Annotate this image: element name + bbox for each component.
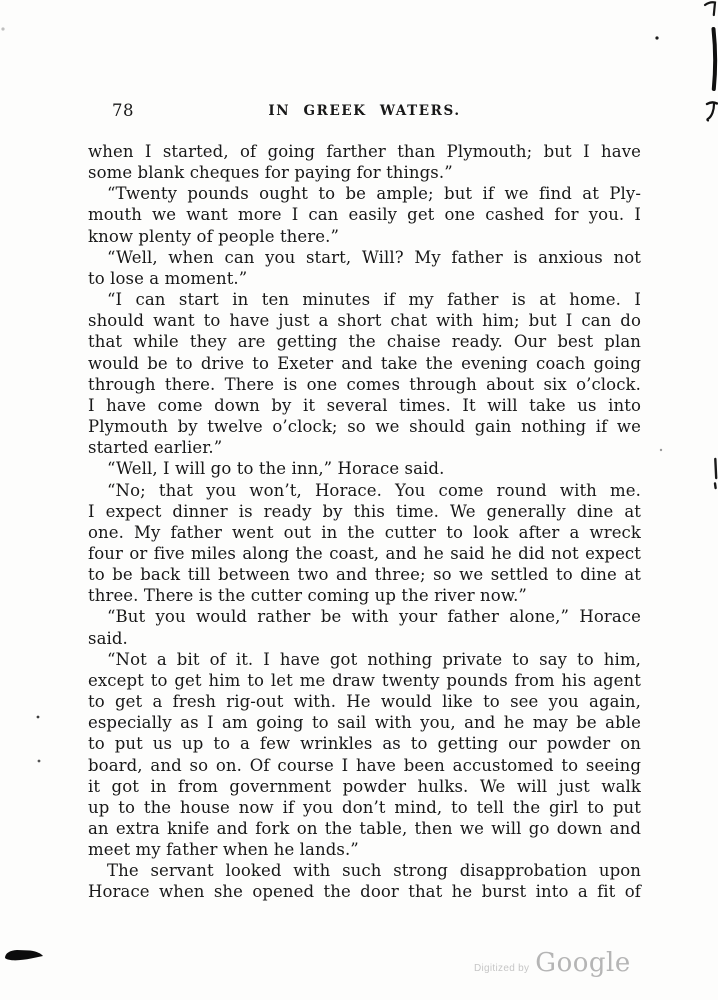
text-line: four or five miles along the coast, and … <box>88 543 641 564</box>
text-line: The servant looked with such strong disa… <box>88 860 641 881</box>
text-line: an extra knife and fork on the table, th… <box>88 818 641 839</box>
text-line: “Well, when can you start, Will? My fath… <box>88 247 641 268</box>
paragraph: “No; that you won’t, Horace. You come ro… <box>88 480 641 607</box>
text-line: should want to have just a short chat wi… <box>88 310 641 331</box>
digitized-watermark: Digitized by Google <box>474 948 631 978</box>
paragraph: “Well, when can you start, Will? My fath… <box>88 247 641 289</box>
text-line: “Twenty pounds ought to be ample; but if… <box>88 183 641 204</box>
text-line: when I started, of going farther than Pl… <box>88 141 641 162</box>
text-line: especially as I am going to sail with yo… <box>88 712 641 733</box>
text-line: to lose a moment.” <box>88 268 641 289</box>
ink-mark-squiggle-top <box>707 102 717 104</box>
text-line: know plenty of people there.” <box>88 226 641 247</box>
digitized-by-label: Digitized by <box>474 963 529 974</box>
ink-mark-right-margin-dash <box>715 459 716 478</box>
text-line: to put us up to a few wrinkles as to get… <box>88 733 641 754</box>
ink-mark-right-margin-dot <box>715 484 716 489</box>
text-line: some blank cheques for paying for things… <box>88 162 641 183</box>
text-line: through there. There is one comes throug… <box>88 374 641 395</box>
paragraph: “Twenty pounds ought to be ample; but if… <box>88 183 641 246</box>
text-line: board, and so on. Of course I have been … <box>88 755 641 776</box>
paragraph: The servant looked with such strong disa… <box>88 860 641 902</box>
text-line: it got in from government powder hulks. … <box>88 776 641 797</box>
page-text: when I started, of going farther than Pl… <box>88 141 641 903</box>
text-line: said. <box>88 628 641 649</box>
ink-mark-squiggle-tail <box>707 104 714 121</box>
ink-mark-vertical-stroke <box>714 29 716 89</box>
text-line: Horace when she opened the door that he … <box>88 881 641 902</box>
speck-top-left <box>1 27 4 30</box>
text-line: meet my father when he lands.” <box>88 839 641 860</box>
paragraph: “I can start in ten minutes if my father… <box>88 289 641 458</box>
text-line: started earlier.” <box>88 437 641 458</box>
page-header: 78 IN GREEK WATERS. <box>88 101 641 123</box>
paragraph: “Well, I will go to the inn,” Horace sai… <box>88 458 641 479</box>
speck-right-middle <box>660 449 662 451</box>
text-line: “But you would rather be with your fathe… <box>88 606 641 627</box>
text-line: Plymouth by twelve o’clock; so we should… <box>88 416 641 437</box>
speck-left-lower-1 <box>37 716 40 719</box>
text-line: would be to drive to Exeter and take the… <box>88 353 641 374</box>
paragraph: when I started, of going farther than Pl… <box>88 141 641 183</box>
text-line: to get a fresh rig-out with. He would li… <box>88 691 641 712</box>
text-line: mouth we want more I can easily get one … <box>88 204 641 225</box>
text-line: “I can start in ten minutes if my father… <box>88 289 641 310</box>
text-line: one. My father went out in the cutter to… <box>88 522 641 543</box>
text-line: up to the house now if you don’t mind, t… <box>88 797 641 818</box>
text-line: that while they are getting the chaise r… <box>88 331 641 352</box>
text-line: except to get him to let me draw twenty … <box>88 670 641 691</box>
speck-left-lower-2 <box>38 760 41 763</box>
running-title: IN GREEK WATERS. <box>88 103 641 119</box>
paragraph: “But you would rather be with your fathe… <box>88 606 641 648</box>
book-page: 78 IN GREEK WATERS. when I started, of g… <box>0 0 718 1000</box>
text-line: “Not a bit of it. I have got nothing pri… <box>88 649 641 670</box>
ink-mark-top-right-hook <box>705 2 715 15</box>
speck-right-upper <box>655 36 658 39</box>
paragraph: “Not a bit of it. I have got nothing pri… <box>88 649 641 861</box>
text-line: I have come down by it several times. It… <box>88 395 641 416</box>
text-line: “No; that you won’t, Horace. You come ro… <box>88 480 641 501</box>
ink-smudge-bottom-left <box>5 950 43 960</box>
text-line: to be back till between two and three; s… <box>88 564 641 585</box>
google-logo: Google <box>535 948 630 978</box>
text-line: “Well, I will go to the inn,” Horace sai… <box>88 458 641 479</box>
text-line: I expect dinner is ready by this time. W… <box>88 501 641 522</box>
text-line: three. There is the cutter coming up the… <box>88 585 641 606</box>
